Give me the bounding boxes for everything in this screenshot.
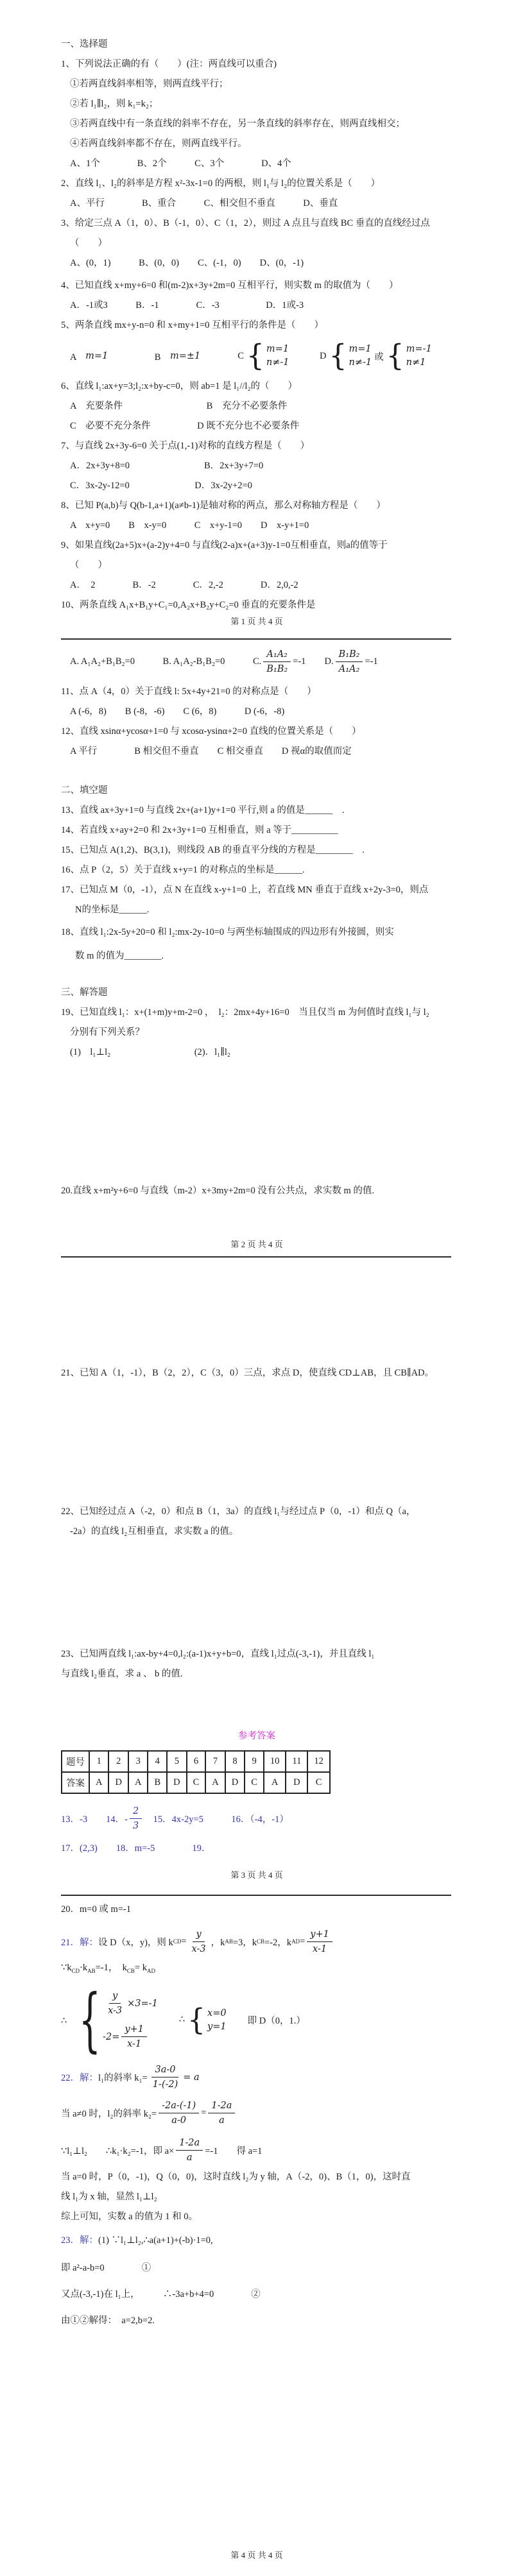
system-row: m=-1: [406, 343, 432, 356]
numerator: 1-2a: [176, 2136, 203, 2151]
text: l₁的斜率 k₁=: [98, 2070, 148, 2084]
solution-21-line-1: 21．解：设 D（x，y)，则 kCD=yx-3，kAB=3，kCB=-2，kA…: [61, 1925, 453, 1958]
qnum-cell: 10: [264, 1751, 286, 1772]
qnum-cell: 11: [286, 1751, 307, 1772]
gap: [87, 1812, 106, 1825]
question-8-options: A x+y=0 B x-y=0 C x+y-1=0 D x-y+1=0: [61, 516, 453, 536]
denominator: B₁B₂: [263, 662, 291, 676]
option-b: B. A₁A₂-B₁B₂=0: [163, 656, 225, 667]
question-1-options: A、1个 B、2个 C、3个 D、4个: [61, 154, 453, 174]
fraction: -2a-(-1)a-0: [159, 2099, 199, 2128]
option-d-system-2: {m=-1n≠1: [386, 342, 432, 370]
option-b-label: B: [155, 350, 170, 363]
answer-13: 13．-3: [61, 1812, 87, 1825]
question-22-cont: -2a）的直线 l₂互相垂直，求实数 a 的值。: [61, 1522, 453, 1542]
subscript: CD: [71, 1968, 80, 1974]
question-2-options: A、平行 B、重合 C、相交但不垂直 D、垂直: [61, 194, 453, 214]
answer-cell: A: [264, 1772, 286, 1793]
system-row: m=1: [349, 343, 372, 356]
denominator: x-1: [309, 1942, 330, 1956]
page-footer-3: 第 3 页 共 4 页: [61, 1869, 453, 1882]
answer-table-number-row: 题号 1 2 3 4 5 6 7 8 9 10 11 12: [62, 1751, 330, 1772]
system-row: -2=y+1x-1: [103, 2020, 158, 2054]
text: 当 a≠0 时，l₂的斜率 k₂=: [61, 2106, 157, 2120]
text: ∵l₁⊥l₂ ∴k₁·k₂=-1，即 a×: [61, 2144, 174, 2157]
option-d-label: D.: [324, 656, 333, 667]
text: ∵k: [61, 1963, 71, 1973]
question-5-stem: 5、两条直线 mx+y-n=0 和 x+my+1=0 互相平行的条件是（ ）: [61, 316, 453, 336]
solution-22-line-2: 当 a≠0 时，l₂的斜率 k₂=-2a-(-1)a-0=1-2aa: [61, 2097, 453, 2130]
solution-21-line-2: ∵kCD·kAB=-1， kCB= kAD: [61, 1958, 453, 1981]
row-header-qnum: 题号: [62, 1751, 89, 1772]
subscript: AD: [291, 1938, 300, 1945]
answer-cell: D: [108, 1772, 128, 1793]
brace: {: [187, 2006, 205, 2035]
answers-17-19: 17．(2,3) 18．m=-5 19．: [61, 1839, 453, 1859]
subscript: CD: [173, 1938, 182, 1945]
fraction: A₁A₂B₁B₂: [263, 647, 291, 676]
question-10-stem: 10、两条直线 A₁x+B₁y+C₁=0,A₂x+B₂y+C₂=0 垂直的充要条…: [61, 595, 453, 615]
solution-21-line-3: ∴ {yx-3×3=-1-2=y+1x-1 ∴{x=0y=1 即 D（0，1.）: [61, 1985, 453, 2056]
numerator: y: [193, 1927, 204, 1942]
question-20-stem: 20.直线 x+m²y+6=0 与直线（m-2）x+3my+2m=0 没有公共点…: [61, 1181, 453, 1201]
brace: {: [386, 341, 404, 371]
question-1-item-2: ②若 l₁∥l₂，则 k₁=k₂；: [61, 94, 453, 114]
text: -2=: [103, 2032, 119, 2042]
numerator: A₁A₂: [263, 647, 291, 662]
answer-cell: C: [307, 1772, 330, 1793]
option-d-eq: =-1: [365, 656, 377, 667]
answer-14-prefix: 14．-: [106, 1812, 128, 1825]
solution-23-line-1: 23．解：(1) ∵l₁⊥l₂,∴a(a+1)+(-b)·1=0,: [61, 2231, 453, 2251]
numerator: -2a-(-1): [159, 2099, 199, 2113]
question-15-stem: 15、已知点 A(1,2)、B(3,1)，则线段 AB 的垂直平分线的方程是__…: [61, 840, 453, 860]
system-row: n≠1: [406, 356, 432, 370]
question-12-stem: 12、直线 xsinα+ycosα+1=0 与 xcosα-ysinα+2=0 …: [61, 722, 453, 742]
system-row: m=1: [266, 343, 289, 356]
page-divider-3: [61, 1895, 451, 1896]
option-c-eq: =-1: [293, 656, 306, 667]
answers-title: 参考答案: [61, 1727, 453, 1746]
answer-cell: A: [205, 1772, 225, 1793]
system-row: n≠-1: [349, 356, 372, 370]
question-17-stem: 17、已知点 M（0，-1），点 N 在直线 x-y+1=0 上，若直线 MN …: [61, 880, 453, 900]
solution-22-line-4: 当 a=0 时，P（0，-1)，Q（0，0)，这时直线 l₂为 y 轴，A（-2…: [61, 2167, 453, 2187]
answer-cell: D: [167, 1772, 186, 1793]
solve-label: 解：: [80, 2235, 98, 2246]
question-13-stem: 13、直线 ax+3y+1=0 与直线 2x+(a+1)y+1=0 平行,则 a…: [61, 801, 453, 821]
equation-system-1: {yx-3×3=-1-2=y+1x-1: [79, 1987, 158, 2054]
answers-15-16: 15．4x-2y=5 16．（-4，-1）: [144, 1812, 289, 1825]
question-9-options: A． 2 B．-2 C．2,-2 D．2,0,-2: [61, 576, 453, 595]
question-12-options: A 平行 B 相交但不垂直 C 相交垂直 D 视α的取值而定: [61, 742, 453, 762]
solve-label: 解：: [80, 1935, 98, 1949]
question-7-options-cd: C．3x-2y-12=0 D．3x-2y+2=0: [61, 476, 453, 496]
answer-cell: C: [245, 1772, 264, 1793]
text: =: [181, 1936, 186, 1947]
subscript: AB: [87, 1968, 96, 1974]
solution-23-number: 23．: [61, 2235, 80, 2246]
question-6-options-cd: C 必要不充分条件 D 既不充分也不必要条件: [61, 416, 453, 436]
question-7-options-ab: A．2x+3y+8=0 B．2x+3y+7=0: [61, 456, 453, 476]
fraction: yx-3: [105, 1989, 125, 2018]
answers-13-16: 13．-3 14．-23 15．4x-2y=5 16．（-4，-1）: [61, 1802, 453, 1835]
question-1-item-4: ④若两直线斜率都不存在，则两直线平行。: [61, 134, 453, 154]
denominator: x-3: [105, 2004, 125, 2018]
brace: {: [79, 1986, 101, 2055]
question-2-stem: 2、直线 l₁、l₂的斜率是方程 x²-3x-1=0 的两根，则 l₁与 l₂的…: [61, 174, 453, 194]
question-10-options: A. A₁A₂+B₁B₂=0 B. A₁A₂-B₁B₂=0 C.A₁A₂B₁B₂…: [61, 645, 453, 678]
page-divider-1: [61, 638, 451, 640]
numerator: 2: [130, 1804, 142, 1819]
system-row: n≠-1: [266, 356, 289, 370]
qnum-cell: 6: [187, 1751, 206, 1772]
option-a-value: m=1: [85, 351, 108, 361]
question-6-stem: 6、直线 l₁:ax+y=3;l₂:x+by-c=0，则 ab=1 是 l₁//…: [61, 377, 453, 397]
denominator: x-1: [124, 2037, 144, 2051]
solution-22-line-6: 综上可知，实数 a 的值为 1 和 0。: [61, 2207, 453, 2227]
solution-23-line-3: 又点(-3,-1)在 l₁上， ∴-3a+b+4=0 ②: [61, 2285, 453, 2305]
gap: [108, 350, 155, 363]
question-1-item-3: ③若两直线中有一条直线的斜率不存在，另一条直线的斜率存在，则两直线相交；: [61, 114, 453, 134]
text: (1) ∵l₁⊥l₂,∴a(a+1)+(-b)·1=0,: [98, 2235, 213, 2246]
question-18-stem: 18、直线 l₁:2x-5y+20=0 和 l₂:mx-2y-10=0 与两坐标…: [61, 923, 453, 943]
qnum-cell: 2: [108, 1751, 128, 1772]
qnum-cell: 12: [307, 1751, 330, 1772]
answer-cell: A: [89, 1772, 108, 1793]
answer-table-letter-row: 答案 A D A B D C A D C A D C: [62, 1772, 330, 1793]
page-footer-2: 第 2 页 共 4 页: [61, 1238, 453, 1251]
answer-cell: B: [148, 1772, 167, 1793]
gap: [135, 655, 163, 669]
page-footer-4: 第 4 页 共 4 页: [61, 2549, 453, 2562]
question-11-stem: 11、点 A（4，0）关于直线 l: 5x+4y+21=0 的对称点是（ ）: [61, 682, 453, 702]
conclusion-text: 即 D（0，1.）: [229, 2013, 306, 2027]
denominator: a: [216, 2113, 228, 2128]
text: =: [300, 1936, 305, 1947]
text: = a: [183, 2072, 199, 2083]
option-c-system: {m=1n≠-1: [246, 342, 289, 370]
solve-label: 解：: [80, 2070, 98, 2084]
text: ，k: [211, 1935, 225, 1949]
therefore-symbol: ∴: [61, 2013, 76, 2027]
text: =-1， k: [96, 1963, 127, 1973]
equation-system-2: {x=0y=1: [187, 2006, 227, 2034]
fraction: y+1x-1: [121, 2022, 147, 2051]
question-19-stem: 19、已知直线 l₁：x+(1+m)y+m-2=0 ， l₂：2mx+4y+16…: [61, 1003, 453, 1023]
denominator: a-0: [168, 2113, 189, 2128]
option-c-label: C.: [253, 656, 261, 667]
fraction: 3a-01-(-2): [150, 2063, 182, 2092]
gap: [292, 350, 320, 363]
fraction: yx-3: [189, 1927, 209, 1956]
option-b-value: m=±1: [170, 351, 200, 361]
question-17-cont: N的坐标是______.: [61, 900, 453, 920]
question-6-options-ab: A 充要条件 B 充分不必要条件: [61, 397, 453, 416]
text: =: [201, 2108, 206, 2119]
fraction: y+1x-1: [307, 1927, 332, 1956]
qnum-cell: 9: [245, 1751, 264, 1772]
solution-20: 20．m=0 或 m=-1: [61, 1900, 453, 1920]
section-title-choice: 一、选择题: [61, 35, 453, 55]
gap: [306, 655, 324, 669]
qnum-cell: 4: [148, 1751, 167, 1772]
text: 设 D（x，y)，则 k: [98, 1935, 173, 1949]
fraction: 1-2aa: [208, 2099, 235, 2128]
text: =-1 得 a=1: [205, 2144, 262, 2157]
therefore-symbol: ∴: [179, 2015, 185, 2026]
page-footer-1: 第 1 页 共 4 页: [61, 615, 453, 628]
subscript: CB: [257, 1938, 264, 1945]
option-c-label: C: [237, 351, 244, 362]
fraction: 1-2aa: [176, 2136, 203, 2165]
option-a-label: A: [70, 350, 85, 363]
section-title-fill-blank: 二、填空题: [61, 781, 453, 801]
numerator: y: [109, 1989, 121, 2004]
text: ×3=-1: [127, 1999, 158, 2009]
question-21-stem: 21、已知 A（1，-1），B（2，2），C（3，0）三点，求点 D，使直线 C…: [61, 1363, 453, 1383]
answer-cell: C: [187, 1772, 206, 1793]
text: =3，k: [233, 1935, 257, 1949]
question-4-options: A．-1或3 B．-1 C．-3 D．1或-3: [61, 296, 453, 316]
subscript: CB: [127, 1968, 135, 1974]
row-header-answer: 答案: [62, 1772, 89, 1793]
question-19-parts: (1) l₁⊥l₂ (2)．l₁∥l₂: [61, 1043, 453, 1062]
question-11-options: A (-6，8) B (-8，-6) C (6，8) D (-6，-8): [61, 702, 453, 722]
numerator: 3a-0: [151, 2063, 178, 2077]
or-text: 或: [374, 350, 384, 363]
answer-cell: A: [128, 1772, 148, 1793]
system-row: y=1: [207, 2020, 227, 2034]
numerator: y+1: [307, 1927, 332, 1942]
denominator: 1-(-2): [150, 2077, 182, 2092]
text: =-2，k: [264, 1935, 291, 1949]
question-1-stem: 1、下列说法正确的有（ ）(注：两直线可以重合): [61, 55, 453, 74]
question-9-bracket: （ ）: [61, 556, 453, 576]
section-title-solutions: 三、解答题: [61, 983, 453, 1003]
question-1-item-1: ①若两直线斜率相等，则两直线平行；: [61, 74, 453, 94]
solution-22-line-5: 线 l₁为 x 轴，显然 l₁⊥l₂: [61, 2187, 453, 2207]
question-3-options: A、(0，1) B、(0，0) C、(-1，0) D、(0，-1): [61, 253, 453, 273]
subscript: AD: [147, 1968, 155, 1974]
question-18-cont: 数 m 的值为________.: [61, 946, 453, 966]
solution-21-number: 21．: [61, 1935, 80, 1949]
gap: [225, 655, 253, 669]
solution-22-line-3: ∵l₁⊥l₂ ∴k₁·k₂=-1，即 a×1-2aa=-1 得 a=1: [61, 2134, 453, 2167]
numerator: B₁B₂: [336, 647, 363, 662]
numerator: 1-2a: [208, 2099, 235, 2113]
answer-cell: D: [225, 1772, 245, 1793]
question-22-stem: 22、已知经过点 A（-2，0）和点 B（1，3a）的直线 l₁与经过点 P（0…: [61, 1502, 453, 1522]
qnum-cell: 5: [167, 1751, 186, 1772]
text: ·k: [80, 1963, 87, 1973]
text: = k: [135, 1963, 147, 1973]
option-d-system-1: {m=1n≠-1: [329, 342, 372, 370]
question-8-stem: 8、已知 P(a,b)与 Q(b-1,a+1)(a≠b-1)是轴对称的两点，那么…: [61, 496, 453, 516]
solution-22-number: 22．: [61, 2070, 80, 2084]
gap: [160, 2013, 179, 2027]
question-23-stem: 23、已知两直线 l₁:ax-by+4=0,l₂:(a-1)x+y+b=0，直线…: [61, 1644, 453, 1664]
subscript: AB: [225, 1938, 233, 1945]
solution-22-line-1: 22．解：l₁的斜率 k₁=3a-01-(-2)= a: [61, 2061, 453, 2094]
question-23-cont: 与直线 l₂垂直，求 a 、 b 的值.: [61, 1664, 453, 1684]
qnum-cell: 1: [89, 1751, 108, 1772]
answer-table: 题号 1 2 3 4 5 6 7 8 9 10 11 12 答案 A D A B…: [61, 1750, 331, 1794]
worksheet-document: 一、选择题 1、下列说法正确的有（ ）(注：两直线可以重合) ①若两直线斜率相等…: [0, 0, 509, 2576]
question-3-bracket: （ ）: [61, 234, 453, 253]
gap: [200, 350, 237, 363]
qnum-cell: 7: [205, 1751, 225, 1772]
qnum-cell: 8: [225, 1751, 245, 1772]
question-9-stem: 9、如果直线(2a+5)x+(a-2)y+4=0 与直线(2-a)x+(a+3)…: [61, 536, 453, 556]
system-row: x=0: [207, 2007, 227, 2020]
bottom-spacer: [61, 2562, 453, 2576]
denominator: A₁A₂: [336, 662, 363, 676]
denominator: x-3: [189, 1942, 209, 1956]
question-14-stem: 14、若直线 x+ay+2=0 和 2x+3y+1=0 互相垂直，则 a 等于_…: [61, 821, 453, 840]
solution-23-line-2: 即 a²-a-b=0 ①: [61, 2258, 453, 2278]
numerator: y+1: [121, 2022, 147, 2037]
qnum-cell: 3: [128, 1751, 148, 1772]
question-5-options: A m=1 B m=±1 C{m=1n≠-1 D{m=1n≠-1或{m=-1n≠…: [61, 339, 453, 373]
question-16-stem: 16、点 P（2，5）关于直线 x+y=1 的对称点的坐标是______.: [61, 860, 453, 880]
question-4-stem: 4、已知直线 x+my+6=0 和(m-2)x+3y+2m=0 互相平行，则实数…: [61, 276, 453, 296]
option-a: A. A₁A₂+B₁B₂=0: [70, 656, 135, 667]
brace: {: [246, 341, 264, 371]
question-19-cont: 分别有下列关系？: [61, 1023, 453, 1043]
page-divider-2: [61, 1256, 451, 1258]
fraction: B₁B₂A₁A₂: [336, 647, 363, 676]
question-7-stem: 7、与直线 2x+3y-6=0 关于点(1,-1)对称的直线方程是（ ）: [61, 436, 453, 456]
question-3-stem: 3、给定三点 A（1，0）、B（-1，0）、C（1，2），则过 A 点且与直线 …: [61, 214, 453, 234]
option-d-label: D: [320, 351, 326, 362]
denominator: a: [184, 2151, 196, 2165]
solution-23-line-4: 由①②解得： a=2,b=2.: [61, 2311, 453, 2331]
answer-cell: D: [286, 1772, 307, 1793]
system-row: yx-3×3=-1: [103, 1987, 158, 2020]
fraction: 23: [130, 1804, 142, 1833]
denominator: 3: [130, 1819, 142, 1833]
brace: {: [329, 341, 347, 371]
